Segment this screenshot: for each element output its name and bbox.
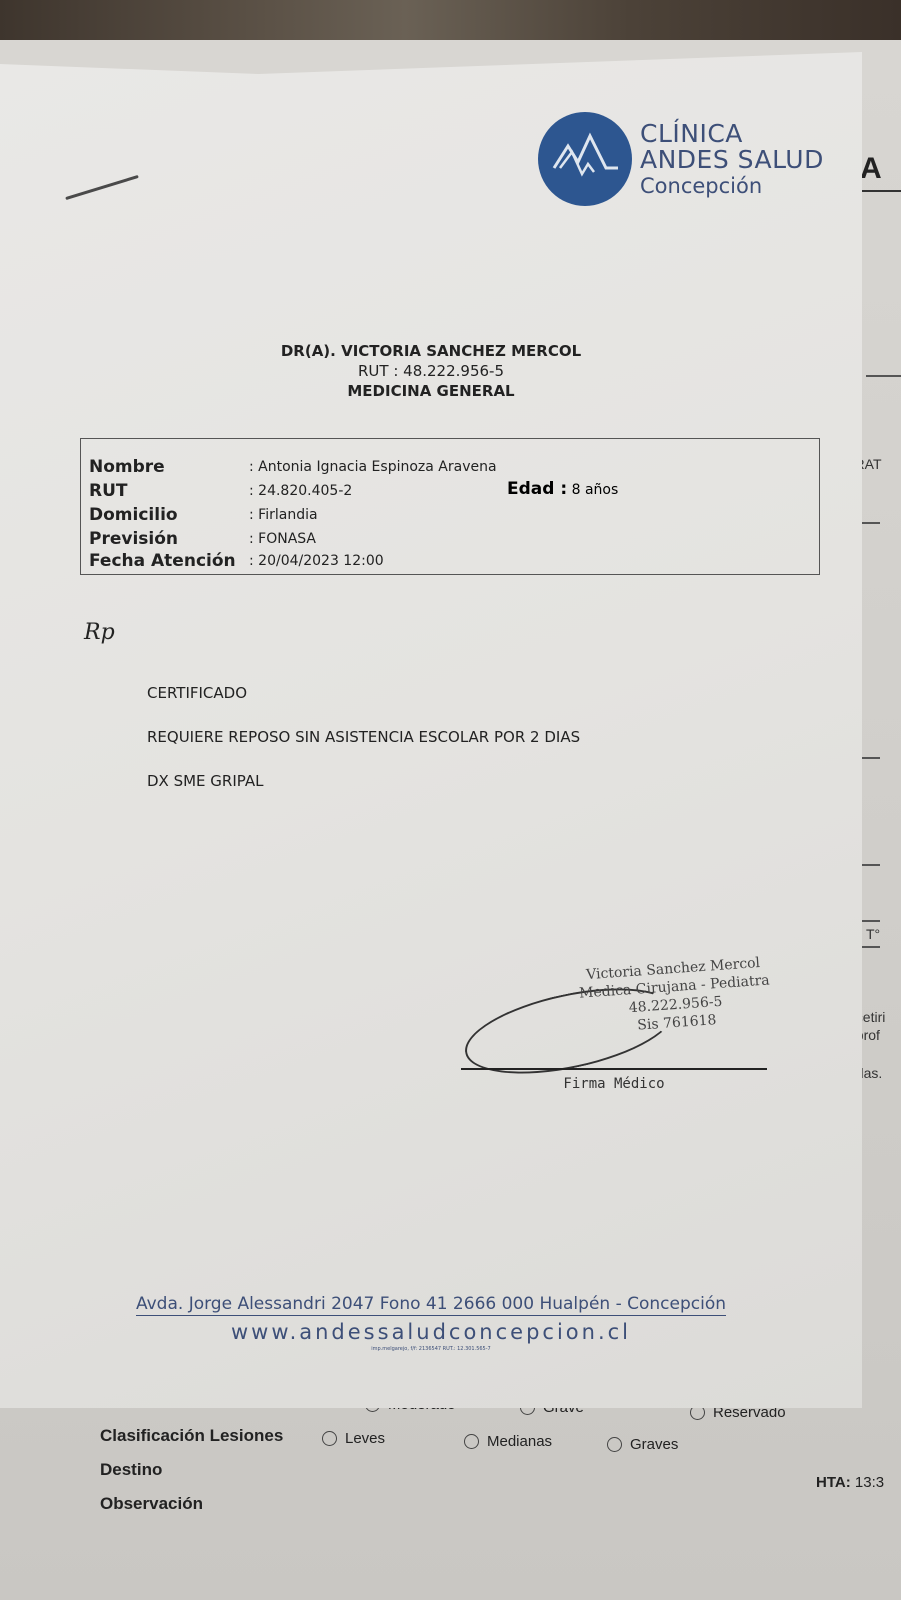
doctor-header: DR(A). VICTORIA SANCHEZ MERCOL RUT : 48.…	[0, 342, 862, 400]
prescription-line: DX SME GRIPAL	[147, 772, 263, 790]
radio-icon	[322, 1431, 337, 1446]
patient-age: Edad : 8 años	[507, 479, 618, 499]
signature-line	[461, 1068, 767, 1070]
clasificacion-option-leves[interactable]: Leves	[322, 1430, 385, 1447]
patient-address-row: Domicilio : Firlandia	[89, 505, 318, 525]
doctor-rut: RUT : 48.222.956-5	[0, 362, 862, 380]
doctor-name: DR(A). VICTORIA SANCHEZ MERCOL	[0, 342, 862, 360]
clasificacion-option-medianas[interactable]: Medianas	[464, 1433, 552, 1450]
radio-icon	[607, 1437, 622, 1452]
clinic-name-line1: CLÍNICA	[640, 121, 824, 147]
signature-label: Firma Médico	[461, 1076, 767, 1092]
patient-info-box: Nombre : Antonia Ignacia Espinoza Araven…	[80, 438, 820, 575]
footer-printer-note: imp.melgarejo, f/f: 2136547 RUT.: 12.301…	[0, 1346, 862, 1352]
rp-symbol: Rp	[84, 620, 115, 645]
destino-label: Destino	[100, 1460, 162, 1480]
prescription-line: CERTIFICADO	[147, 684, 247, 702]
patient-date-row: Fecha Atención : 20/04/2023 12:00	[89, 551, 384, 571]
radio-icon	[464, 1434, 479, 1449]
prescription-line: REQUIERE REPOSO SIN ASISTENCIA ESCOLAR P…	[147, 728, 580, 746]
footer-website: www.andessaludconcepcion.cl	[0, 1320, 862, 1344]
pen-mark	[65, 175, 139, 200]
patient-rut-row: RUT : 24.820.405-2	[89, 481, 352, 501]
observacion-label: Observación	[100, 1494, 203, 1514]
back-form-partial-text: T°	[866, 926, 880, 942]
clasificacion-lesiones-label: Clasificación Lesiones	[100, 1426, 283, 1446]
clasificacion-option-graves[interactable]: Graves	[607, 1436, 678, 1453]
back-form-rule	[866, 375, 901, 377]
clinic-logo: CLÍNICA ANDES SALUD Concepción	[538, 112, 824, 206]
mountain-heartbeat-icon	[538, 112, 632, 206]
back-form-underline	[858, 190, 901, 192]
patient-name-row: Nombre : Antonia Ignacia Espinoza Araven…	[89, 457, 497, 477]
clinic-city: Concepción	[640, 175, 824, 197]
doctor-stamp: Victoria Sanchez Mercol Medica Cirujana …	[558, 952, 792, 1040]
doctor-specialty: MEDICINA GENERAL	[0, 382, 862, 400]
footer-address: Avda. Jorge Alessandri 2047 Fono 41 2666…	[0, 1294, 862, 1314]
patient-insurance-row: Previsión : FONASA	[89, 529, 316, 549]
back-form-header-letter: A	[860, 152, 882, 186]
medical-certificate-sheet: CLÍNICA ANDES SALUD Concepción DR(A). VI…	[0, 52, 862, 1408]
clinic-name-line2: ANDES SALUD	[640, 147, 824, 173]
hta-field: HTA: 13:3	[816, 1474, 884, 1491]
